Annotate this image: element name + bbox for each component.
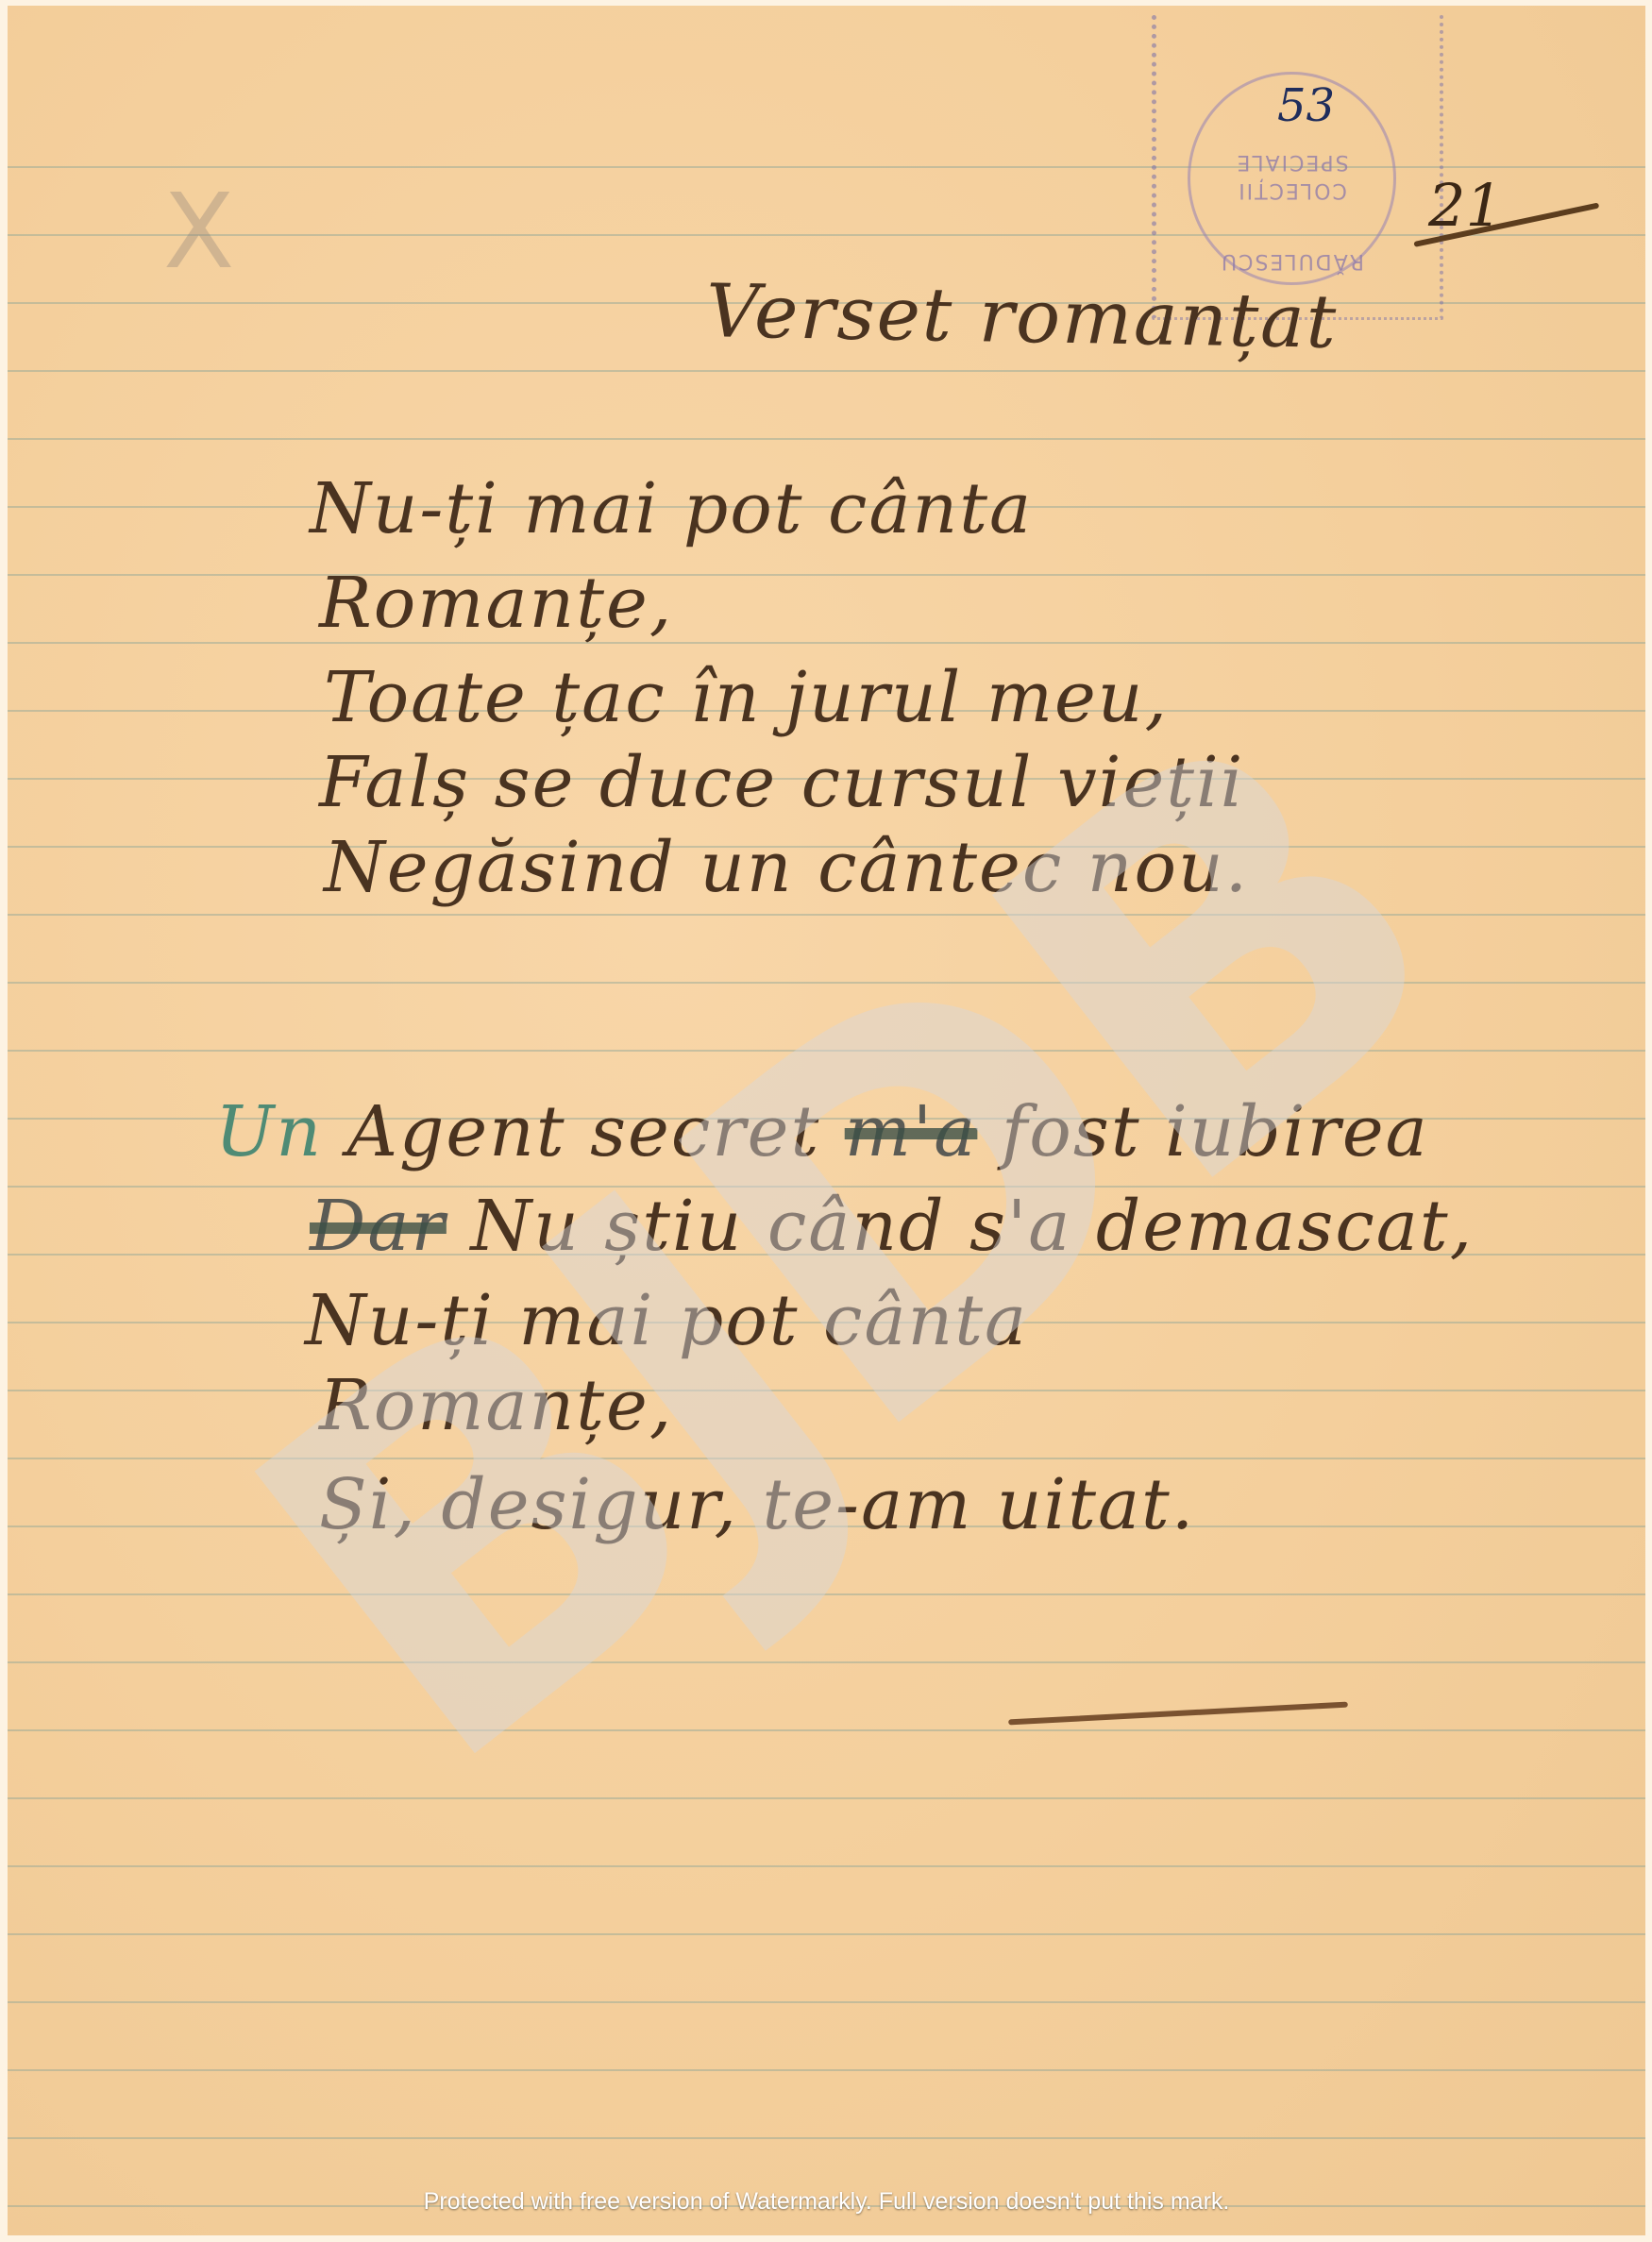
watermarkly-footer: Protected with free version of Watermark… [8, 2188, 1645, 2216]
inventory-number: 53 [1277, 79, 1335, 132]
manuscript-page: X RĂDULESCU COLECȚII SPECIALE 53 21 Vers… [8, 6, 1645, 2235]
line-text: fost iubirea [1002, 1091, 1429, 1172]
rule-line [8, 1593, 1645, 1595]
inserted-word: Un [215, 1091, 323, 1172]
rule-line [8, 2001, 1645, 2003]
pencil-x-mark: X [163, 171, 234, 292]
rule-line [8, 1865, 1645, 1867]
rule-line [8, 1390, 1645, 1391]
poem-line: Nu-ți mai pot cânta [305, 1280, 1028, 1361]
poem-line: Falș se duce cursul vieții [319, 742, 1244, 823]
rule-line [8, 438, 1645, 440]
rule-line [8, 1729, 1645, 1731]
rule-line [8, 914, 1645, 916]
stamp-center-line-2: SPECIALE [1190, 150, 1393, 174]
rule-line [8, 642, 1645, 644]
rule-line [8, 370, 1645, 372]
struck-word: m'a [845, 1091, 978, 1172]
poem-line: Negăsind un cântec nou. [324, 827, 1249, 908]
poem-line: Romanțe, [319, 1365, 673, 1446]
rule-line [8, 1933, 1645, 1935]
rule-line [8, 1661, 1645, 1663]
rule-line [8, 1458, 1645, 1459]
rule-line [8, 982, 1645, 984]
poem-line: Romanțe, [319, 563, 673, 644]
poem-title: Verset romanțat [705, 269, 1339, 365]
stamp-center-line-1: COLECȚII [1190, 178, 1393, 202]
struck-word: Dar [310, 1186, 447, 1267]
rule-line [8, 1797, 1645, 1799]
line-text: Nu știu când s'a demascat, [470, 1186, 1474, 1267]
poem-line-with-edits: Dar Nu știu când s'a demascat, [310, 1186, 1474, 1267]
poem-line-with-edits: Un Agent secret m'a fost iubirea [215, 1091, 1429, 1172]
poem-line: Nu-ți mai pot cânta [310, 468, 1033, 549]
rule-line [8, 2137, 1645, 2139]
poem-line: Toate țac în jurul meu, [324, 657, 1169, 738]
rule-line [8, 574, 1645, 576]
stamp-ring-text: RĂDULESCU [1190, 249, 1393, 273]
rule-line [8, 2069, 1645, 2071]
rule-line [8, 1050, 1645, 1052]
end-divider-stroke [1008, 1702, 1348, 1726]
poem-line: Și, desigur, te-am uitat. [319, 1464, 1195, 1545]
line-text: Agent secret [347, 1091, 821, 1172]
